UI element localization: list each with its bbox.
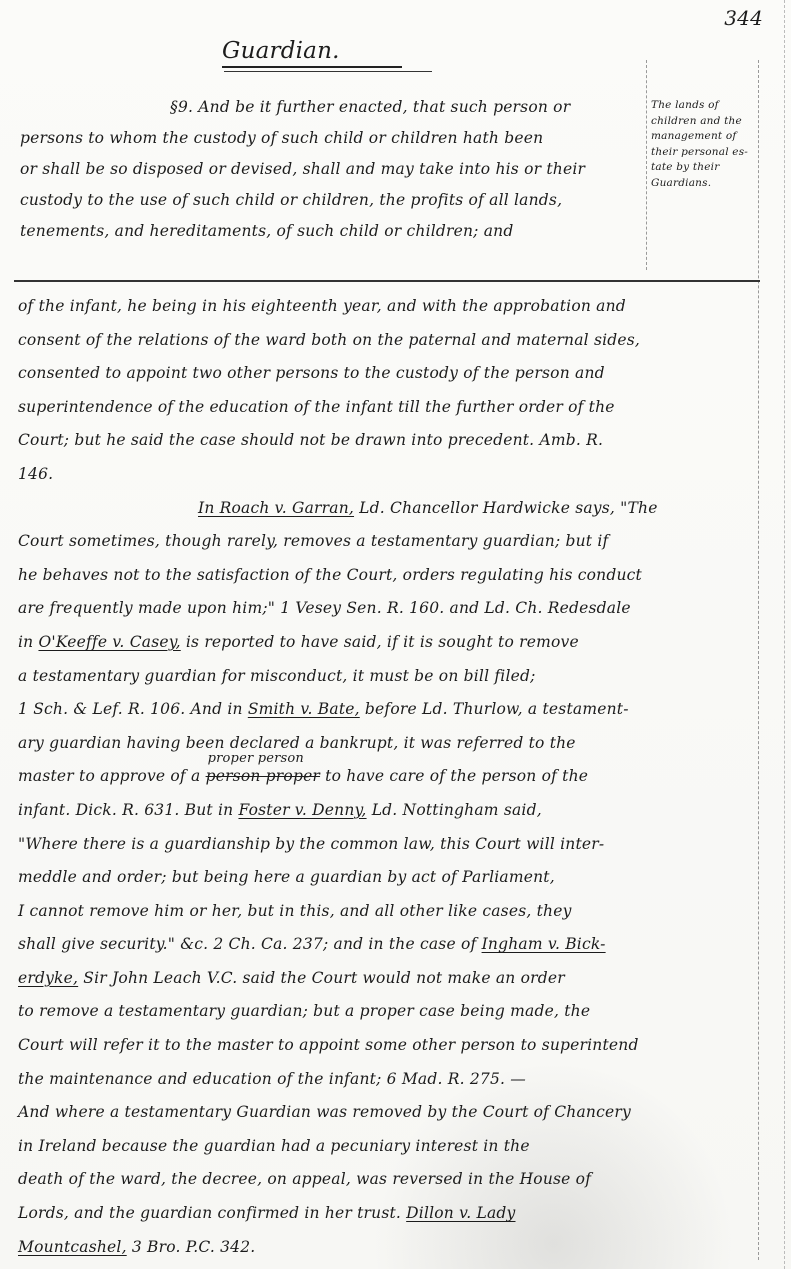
body-text-run: Ld. Chancellor Hardwicke says, "The [354, 499, 658, 517]
body-text-run: Ld. Nottingham said, [367, 801, 542, 819]
manuscript-page: 344 Guardian. §9. And be it further enac… [0, 0, 791, 1269]
body-line: erdyke, Sir John Leach V.C. said the Cou… [18, 962, 758, 996]
statute-section: §9. And be it further enacted, that such… [20, 92, 640, 247]
margin-rule-left [646, 60, 647, 270]
marginal-note-line: tate by their [651, 160, 755, 176]
statute-line: persons to whom the custody of such chil… [20, 123, 640, 154]
marginal-note-line: Guardians. [651, 176, 755, 192]
body-line: 146. [18, 458, 758, 492]
body-line: I cannot remove him or her, but in this,… [18, 895, 758, 929]
body-line: Court will refer it to the master to app… [18, 1029, 758, 1063]
body-text-run: 3 Bro. P.C. 342. [127, 1238, 256, 1256]
body-line: shall give security." &c. 2 Ch. Ca. 237;… [18, 928, 758, 962]
inserted-text: proper person [208, 742, 304, 776]
body-line: 1 Sch. & Lef. R. 106. And in Smith v. Ba… [18, 693, 758, 727]
marginal-note-line: The lands of [651, 98, 755, 114]
case-citation: Smith v. Bate, [248, 700, 360, 718]
body-line: infant. Dick. R. 631. But in Foster v. D… [18, 794, 758, 828]
page-edge-rule [784, 0, 785, 1269]
body-text-run: in [18, 633, 38, 651]
commentary-body: of the infant, he being in his eighteent… [18, 290, 758, 1264]
case-citation: O'Keeffe v. Casey, [38, 633, 180, 651]
body-line: meddle and order; but being here a guard… [18, 861, 758, 895]
marginal-note-line: their personal es- [651, 145, 755, 161]
body-line: master to approve of a proper personpers… [18, 760, 758, 794]
case-citation: Dillon v. Lady [406, 1204, 515, 1222]
marginal-note-line: management of [651, 129, 755, 145]
body-line: And where a testamentary Guardian was re… [18, 1096, 758, 1130]
case-citation: In Roach v. Garran, [198, 499, 354, 517]
section-divider [14, 280, 760, 282]
case-citation: Foster v. Denny, [238, 801, 366, 819]
body-line: Court sometimes, though rarely, removes … [18, 525, 758, 559]
body-text-run: is reported to have said, if it is sough… [181, 633, 579, 651]
body-line: in O'Keeffe v. Casey, is reported to hav… [18, 626, 758, 660]
case-citation: erdyke, [18, 969, 78, 987]
marginal-note-line: children and the [651, 114, 755, 130]
statute-line: or shall be so disposed or devised, shal… [20, 154, 640, 185]
body-line: ary guardian having been declared a bank… [18, 727, 758, 761]
body-line: In Roach v. Garran, Ld. Chancellor Hardw… [18, 492, 758, 526]
marginal-note: The lands of children and the management… [651, 98, 755, 191]
body-line: death of the ward, the decree, on appeal… [18, 1163, 758, 1197]
body-text-run: before Ld. Thurlow, a testament- [360, 700, 629, 718]
body-line: a testamentary guardian for misconduct, … [18, 660, 758, 694]
body-text-run: Lords, and the guardian confirmed in her… [18, 1204, 406, 1222]
case-citation: Ingham v. Bick- [482, 935, 606, 953]
body-line: Lords, and the guardian confirmed in her… [18, 1197, 758, 1231]
statute-line: tenements, and hereditaments, of such ch… [20, 216, 640, 247]
body-text-run: shall give security." &c. 2 Ch. Ca. 237;… [18, 935, 482, 953]
body-line: consent of the relations of the ward bot… [18, 324, 758, 358]
body-line: in Ireland because the guardian had a pe… [18, 1130, 758, 1164]
body-text-run: infant. Dick. R. 631. But in [18, 801, 238, 819]
body-line: superintendence of the education of the … [18, 391, 758, 425]
body-line: the maintenance and education of the inf… [18, 1063, 758, 1097]
body-text-run: to have care of the person of the [320, 767, 588, 785]
case-citation: Mountcashel, [18, 1238, 127, 1256]
body-line: "Where there is a guardianship by the co… [18, 828, 758, 862]
body-line: to remove a testamentary guardian; but a… [18, 995, 758, 1029]
body-line: Mountcashel, 3 Bro. P.C. 342. [18, 1231, 758, 1265]
statute-line: custody to the use of such child or chil… [20, 185, 640, 216]
body-line: he behaves not to the satisfaction of th… [18, 559, 758, 593]
body-line: Court; but he said the case should not b… [18, 424, 758, 458]
body-text-run: master to approve of a [18, 767, 206, 785]
statute-line: §9. And be it further enacted, that such… [20, 92, 640, 123]
body-line: of the infant, he being in his eighteent… [18, 290, 758, 324]
body-text-run: Sir John Leach V.C. said the Court would… [78, 969, 565, 987]
page-heading: Guardian. [222, 38, 402, 68]
interlinear-correction: proper personperson proper [206, 760, 320, 794]
body-line: are frequently made upon him;" 1 Vesey S… [18, 592, 758, 626]
margin-rule-right [758, 60, 759, 1260]
body-text-run: 1 Sch. & Lef. R. 106. And in [18, 700, 248, 718]
body-line: consented to appoint two other persons t… [18, 357, 758, 391]
page-number: 344 [724, 6, 763, 30]
